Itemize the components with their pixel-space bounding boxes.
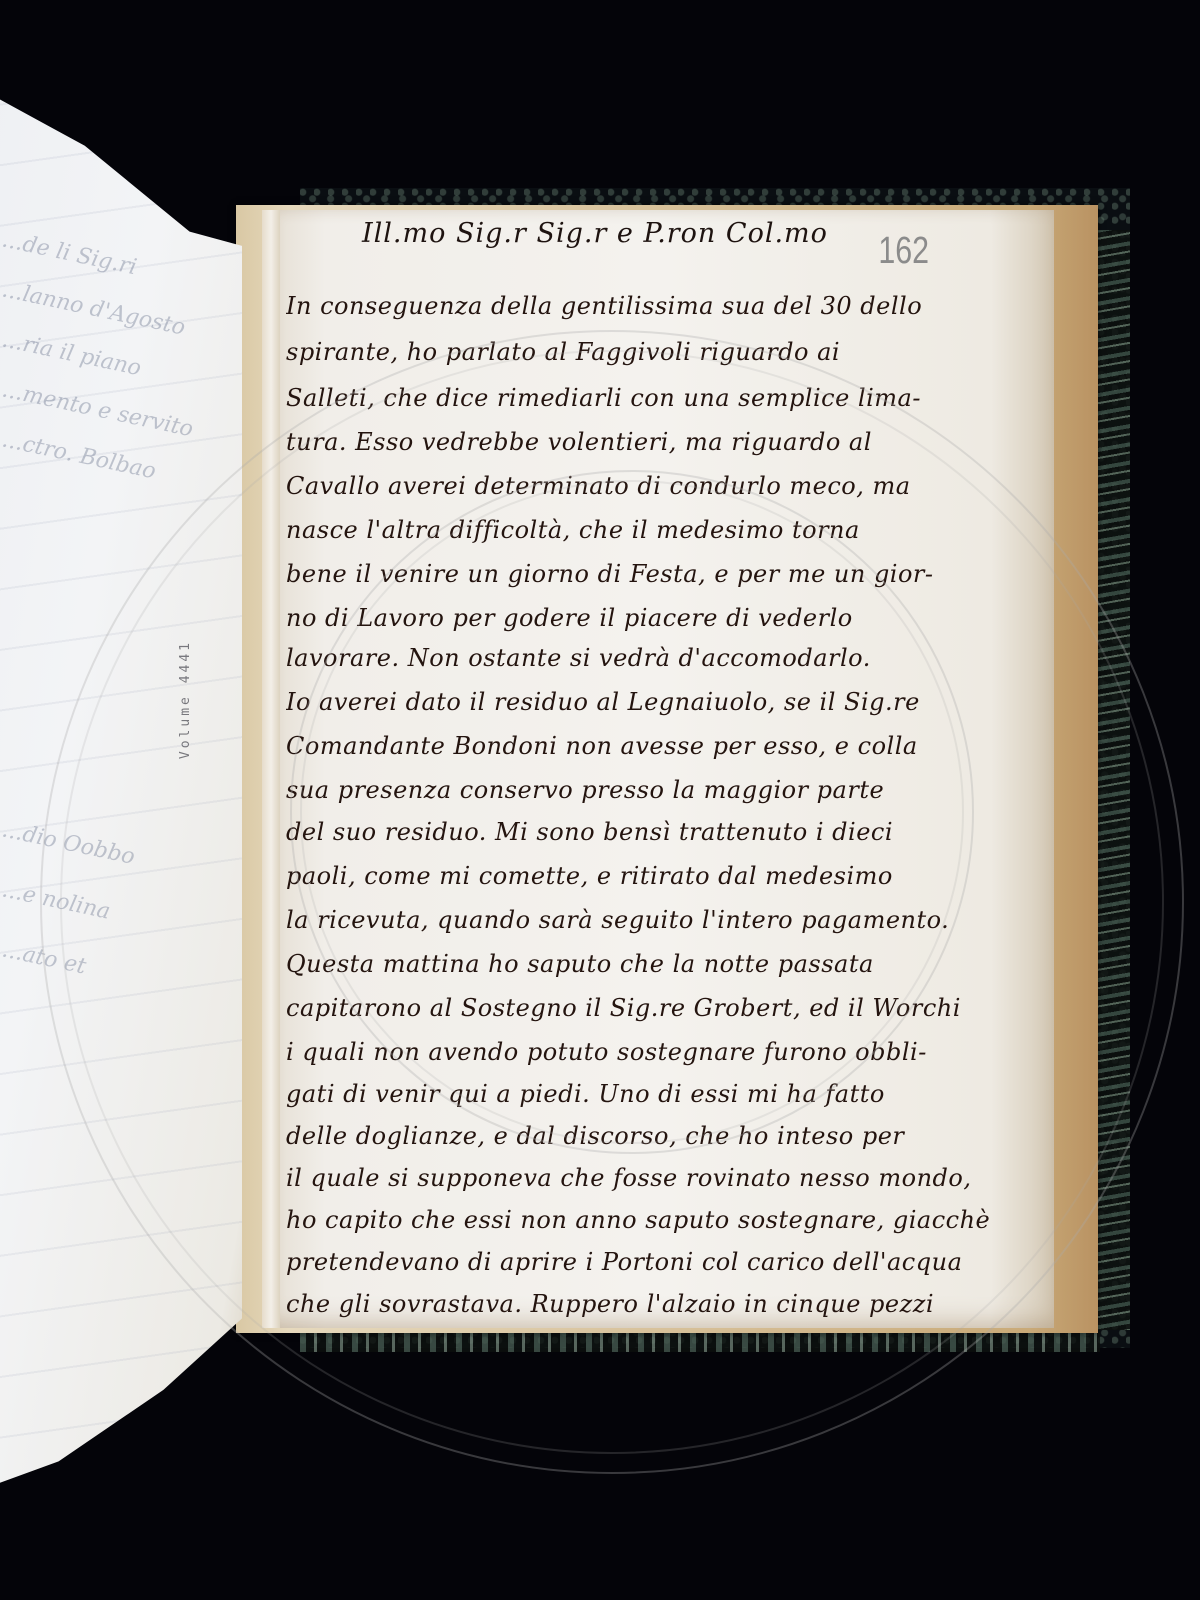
manuscript-line: bene il venire un giorno di Festa, e per… [286, 560, 1026, 588]
manuscript-photo: ...de li Sig.ri ...lanno d'Agosto ...ria… [0, 0, 1200, 1600]
manuscript-line: Cavallo averei determinato di condurlo m… [286, 472, 1026, 500]
manuscript-line: i quali non avendo potuto sostegnare fur… [286, 1038, 1026, 1066]
manuscript-line: Questa mattina ho saputo che la notte pa… [286, 950, 1026, 978]
manuscript-line: tura. Esso vedrebbe volentieri, ma rigua… [286, 428, 1026, 456]
manuscript-line: che gli sovrastava. Ruppero l'alzaio in … [286, 1290, 1026, 1318]
manuscript-line: la ricevuta, quando sarà seguito l'inter… [286, 906, 1026, 934]
letter-page [262, 210, 1054, 1328]
manuscript-line: Salleti, che dice rimediarli con una sem… [286, 384, 1026, 412]
letter-salutation: Ill.mo Sig.r Sig.r e P.ron Col.mo [362, 218, 828, 249]
marbled-cover-edge-bottom [300, 1330, 1100, 1352]
manuscript-line: nasce l'altra difficoltà, che il medesim… [286, 516, 1026, 544]
manuscript-line: del suo residuo. Mi sono bensì trattenut… [286, 818, 1026, 846]
manuscript-line: Comandante Bondoni non avesse per esso, … [286, 732, 1026, 760]
manuscript-line: gati di venir qui a piedi. Uno di essi m… [286, 1080, 1026, 1108]
manuscript-line: ho capito che essi non anno saputo soste… [286, 1206, 1026, 1234]
manuscript-line: Io averei dato il residuo al Legnaiuolo,… [286, 688, 1026, 716]
manuscript-line: paoli, come mi comette, e ritirato dal m… [286, 862, 1026, 890]
folio-number: 162 [878, 230, 929, 273]
manuscript-line: il quale si supponeva che fosse rovinato… [286, 1164, 1026, 1192]
spine-pencil-note: Volume 4441 [178, 640, 193, 759]
manuscript-line: lavorare. Non ostante si vedrà d'accomod… [286, 644, 1026, 672]
manuscript-line: pretendevano di aprire i Portoni col car… [286, 1248, 1026, 1276]
page-fold [262, 210, 280, 1328]
manuscript-line: In conseguenza della gentilissima sua de… [286, 292, 1026, 320]
manuscript-line: sua presenza conservo presso la maggior … [286, 776, 1026, 804]
manuscript-line: capitarono al Sostegno il Sig.re Grobert… [286, 994, 1026, 1022]
manuscript-line: spirante, ho parlato al Faggivoli riguar… [286, 338, 1026, 366]
manuscript-line: no di Lavoro per godere il piacere di ve… [286, 604, 1026, 632]
manuscript-line: delle doglianze, e dal discorso, che ho … [286, 1122, 1026, 1150]
